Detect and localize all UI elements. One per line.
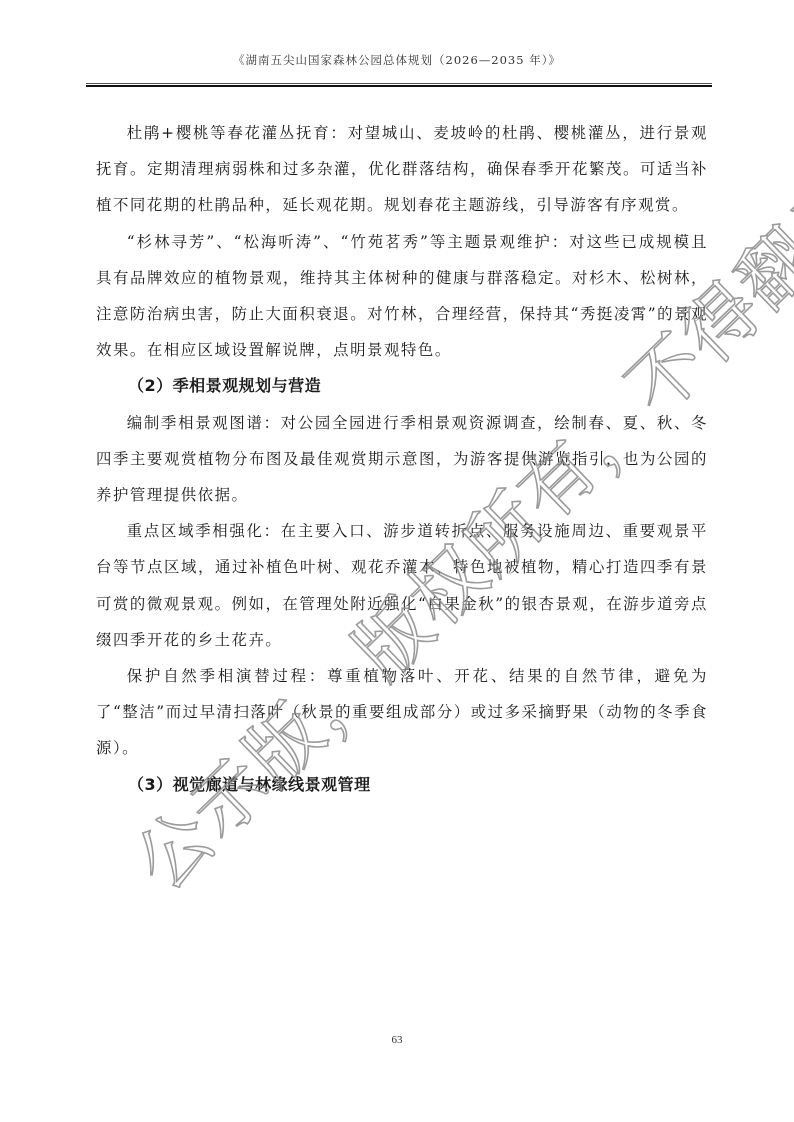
paragraph-theme-landscapes: “杉林寻芳”、“松海听涛”、“竹苑茗秀”等主题景观维护：对这些已成规模且具有品牌… [96, 224, 708, 369]
paragraph-key-areas: 重点区域季相强化：在主要入口、游步道转折点、服务设施周边、重要观景平台等节点区域… [96, 513, 708, 658]
paragraph-natural-succession: 保护自然季相演替过程：尊重植物落叶、开花、结果的自然节律，避免为了“整洁”而过早… [96, 658, 708, 767]
header-rule-thin [86, 83, 712, 84]
section-heading-visual-corridor: （3）视觉廊道与林缘线景观管理 [96, 767, 708, 803]
page-number: 63 [0, 1034, 794, 1046]
section-heading-seasonal: （2）季相景观规划与营造 [96, 368, 708, 404]
page-body: 杜鹃+樱桃等春花灌丛抚育：对望城山、麦坡岭的杜鹃、樱桃灌丛，进行景观抚育。定期清… [96, 115, 708, 803]
paragraph-azalea-cherry: 杜鹃+樱桃等春花灌丛抚育：对望城山、麦坡岭的杜鹃、樱桃灌丛，进行景观抚育。定期清… [96, 115, 708, 224]
header-rule-thick [86, 85, 712, 87]
paragraph-seasonal-atlas: 编制季相景观图谱：对公园全园进行季相景观资源调查，绘制春、夏、秋、冬四季主要观赏… [96, 405, 708, 514]
running-header: 《湖南五尖山国家森林公园总体规划（2026—2035 年）》 [0, 52, 794, 68]
